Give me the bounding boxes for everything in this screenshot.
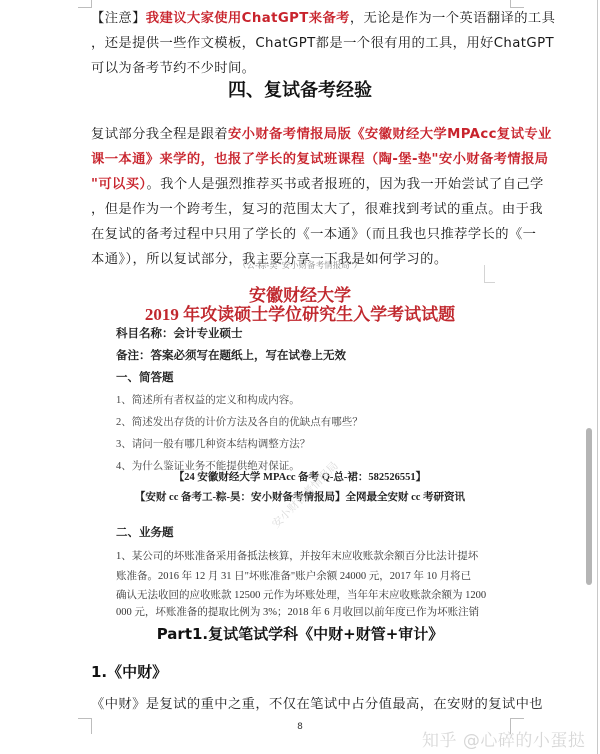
exam-title-line2: 2019 年攻读硕士学位研究生入学考试试题 <box>0 300 600 325</box>
exam-question: 1、简述所有者权益的定义和构成内容。 <box>116 392 300 407</box>
business-line: 账准备。2016 年 12 月 31 日"坏账准备"账户余额 24000 元，2… <box>116 568 496 583</box>
note-paragraph: 【注意】我建议大家使用ChatGPT来备考，无论是作为一个英语翻译的工具 ，还是… <box>91 6 511 81</box>
exam-question: 2、简述发出存货的计价方法及各自的优缺点有哪些？ <box>116 414 363 429</box>
exam-question: 3、请问一般有哪几种资本结构调整方法？ <box>116 436 310 451</box>
business-line: 000 元，坏账准备的提取比例为 3%；2018 年 6 月收回以前年度已作为坏… <box>116 604 496 619</box>
business-line: 确认无法收回的应收账款 12500 元作为坏账处理，当年年末应收账款余额为 12… <box>116 587 496 602</box>
zhihu-watermark: 知乎 @心碎的小蛋挞 <box>422 726 585 751</box>
exp-line5: 在复试的备考过程中只用了学长的《一本通》（而且我也只推荐学长的《一 <box>91 222 511 247</box>
exp-line2-red: 课一本通》来学的，也报了学长的复试班课程（陶-堡-垫"安小财备考情报局 <box>91 147 511 172</box>
exam-remark: 备注：答案必须写在题纸上，写在试卷上无效 <box>116 347 346 363</box>
image-caption: （公-粽-昊"安小财备考情报局"） <box>0 259 600 271</box>
exp-line1-red: 安小财备考情报局版《安徽财经大学MPAcc复试专业 <box>228 127 552 142</box>
note-line1-rest: ，无论是作为一个英语翻译的工具 <box>350 11 555 26</box>
section-title: 四、复试备考经验 <box>0 76 600 102</box>
page-corner-mark <box>510 0 524 8</box>
exam-promo-line1: 【24 安徽财经大学 MPAcc 备考 Q-总-裙：582526551】 <box>0 469 600 484</box>
exp-line1-plain: 复试部分我全程是跟着 <box>91 127 228 142</box>
subsection-title: 1.《中财》 <box>91 661 167 682</box>
exam-section1: 一、简答题 <box>116 369 174 385</box>
note-highlight: 我建议大家使用ChatGPT来备考 <box>146 11 350 26</box>
exam-section2: 二、业务题 <box>116 524 174 540</box>
business-line: 1、某公司的坏账准备采用备抵法核算，并按年末应收账款余额百分比法计提坏 <box>116 548 496 563</box>
exp-line3-plain: 。我个人是强烈推荐买书或者报班的，因为我一开始尝试了自己学 <box>146 177 543 192</box>
exp-line3-red: "可以买） <box>91 177 146 192</box>
body-paragraph: 《中财》是复试的重中之重，不仅在笔试中占分值最高，在安财的复试中也 <box>91 693 543 712</box>
experience-paragraph: 复试部分我全程是跟着安小财备考情报局版《安徽财经大学MPAcc复试专业 课一本通… <box>91 122 511 272</box>
note-prefix: 【注意】 <box>91 11 146 26</box>
page-corner-mark <box>78 0 92 8</box>
part-title: Part1.复试笔试学科《中财+财管+审计》 <box>0 623 600 644</box>
exp-line4: ，但是作为一个跨考生，复习的范围太大了，很难找到考试的重点。由于我 <box>91 197 511 222</box>
exam-subject: 科目名称：会计专业硕士 <box>116 325 243 341</box>
vertical-scrollbar[interactable] <box>586 428 592 585</box>
note-line2: ，还是提供一些作文模板，ChatGPT都是一个很有用的工具，用好ChatGPT <box>91 31 511 56</box>
